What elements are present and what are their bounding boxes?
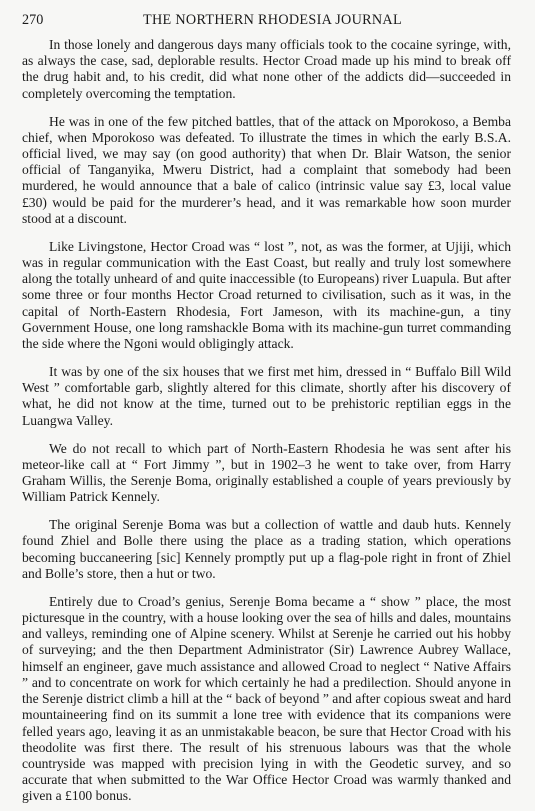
article-body: In those lonely and dangerous days many …	[22, 37, 511, 811]
journal-page: 270 THE NORTHERN RHODESIA JOURNAL In tho…	[0, 0, 535, 811]
paragraph-cocaine: In those lonely and dangerous days many …	[22, 37, 511, 102]
paragraph-livingstone: Like Livingstone, Hector Croad was “ los…	[22, 239, 511, 352]
paragraph-mporokoso: He was in one of the few pitched battles…	[22, 114, 511, 227]
paragraph-fort-jimmy: We do not recall to which part of North-…	[22, 441, 511, 506]
paragraph-serenje-boma: The original Serenje Boma was but a coll…	[22, 517, 511, 582]
running-title: THE NORTHERN RHODESIA JOURNAL	[22, 11, 511, 29]
paragraph-six-houses: It was by one of the six houses that we …	[22, 364, 511, 429]
page-header: 270 THE NORTHERN RHODESIA JOURNAL	[22, 11, 511, 29]
paragraph-croad-genius: Entirely due to Croad’s genius, Serenje …	[22, 594, 511, 805]
